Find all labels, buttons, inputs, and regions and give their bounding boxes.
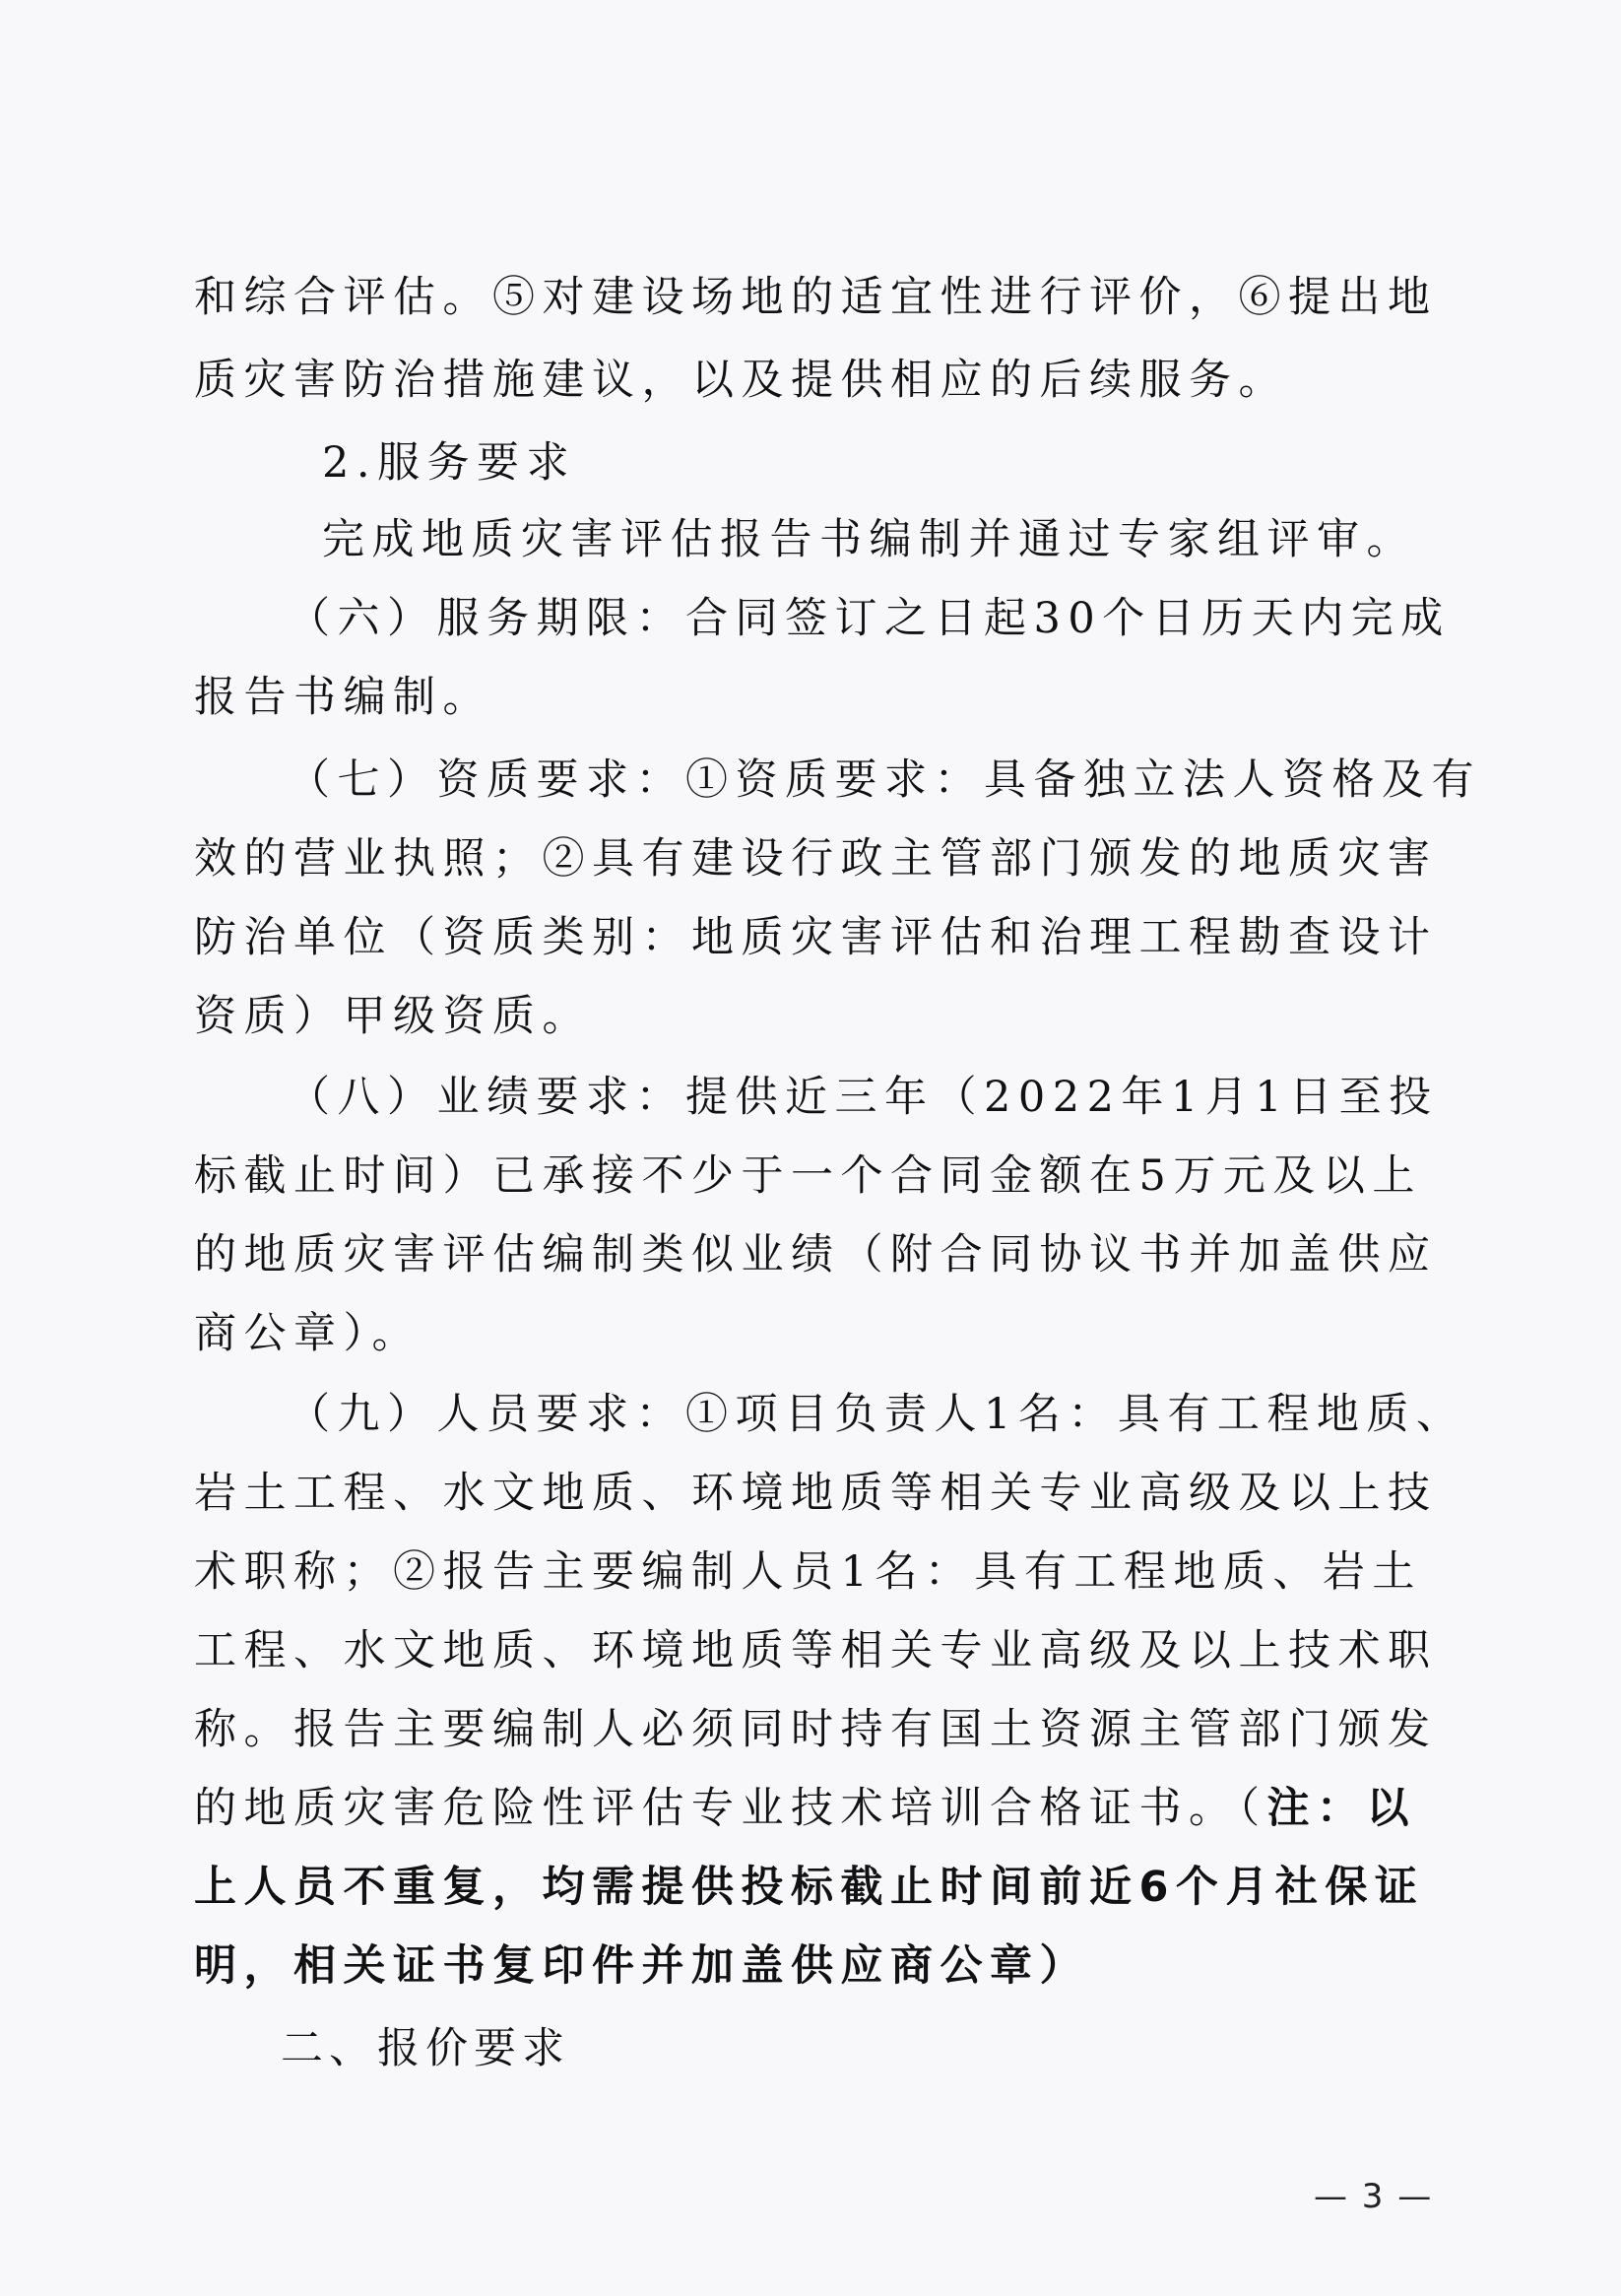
paragraph-line: 的地质灾害危险性评估专业技术培训合格证书。（注：以 (194, 1779, 1416, 1838)
line-text: （六）服务期限：合同签订之日起30个日历天内完成 (288, 594, 1451, 643)
line-text: 报告书编制。 (194, 673, 492, 722)
line-text: （七）资质要求：①资质要求：具备独立法人资格及有 (288, 755, 1481, 805)
line-text: 的地质灾害评估编制类似业绩（附合同协议书并加盖供应 (194, 1230, 1438, 1279)
line-text: 上人员不重复，均需提供投标截止时间前近6个月社保证 (194, 1863, 1424, 1912)
note-label-bold: 注：以 (1267, 1784, 1417, 1833)
paragraph-line: 的地质灾害评估编制类似业绩（附合同协议书并加盖供应 (194, 1225, 1438, 1284)
paragraph-line: 防治单位（资质类别：地质灾害评估和治理工程勘查设计 (194, 908, 1438, 967)
paragraph-line: 效的营业执照；②具有建设行政主管部门颁发的地质灾害 (194, 829, 1438, 888)
line-text: 明，相关证书复印件并加盖供应商公章） (194, 1941, 1089, 1991)
line-text: 2.服务要求 (322, 438, 576, 488)
line-text: 资质）甲级资质。 (194, 992, 592, 1041)
line-text: 完成地质灾害评估报告书编制并通过专家组评审。 (322, 515, 1416, 564)
paragraph-line: 术职称；②报告主要编制人员1名：具有工程地质、岩土 (194, 1542, 1422, 1602)
clause-personnel: （九）人员要求：①项目负责人1名：具有工程地质、 (288, 1385, 1465, 1444)
line-text: （八）业绩要求：提供近三年（2022年1月1日至投 (288, 1073, 1439, 1122)
clause-qualification: （七）资质要求：①资质要求：具备独立法人资格及有 (288, 751, 1481, 810)
heading-text: 二、报价要求 (281, 2024, 570, 2073)
note-line-bold: 上人员不重复，均需提供投标截止时间前近6个月社保证 (194, 1858, 1424, 1917)
clause-performance: （八）业绩要求：提供近三年（2022年1月1日至投 (288, 1068, 1439, 1127)
paragraph-line: 称。报告主要编制人必须同时持有国土资源主管部门颁发 (194, 1700, 1438, 1759)
section-heading-pricing: 二、报价要求 (281, 2019, 570, 2078)
clause-service-period: （六）服务期限：合同签订之日起30个日历天内完成 (288, 589, 1451, 648)
line-text: 称。报告主要编制人必须同时持有国土资源主管部门颁发 (194, 1705, 1438, 1754)
document-page: 和综合评估。⑤对建设场地的适宜性进行评价，⑥提出地 质灾害防治措施建议，以及提供… (0, 0, 1621, 2296)
subsection-title: 2.服务要求 (322, 433, 576, 492)
paragraph-line: 工程、水文地质、环境地质等相关专业高级及以上技术职 (194, 1621, 1438, 1680)
line-text: 标截止时间）已承接不少于一个合同金额在5万元及以上 (194, 1151, 1422, 1201)
line-text: 质灾害防治措施建议，以及提供相应的后续服务。 (194, 356, 1288, 405)
line-text: 和综合评估。⑤对建设场地的适宜性进行评价，⑥提出地 (194, 273, 1438, 322)
paragraph-line: 和综合评估。⑤对建设场地的适宜性进行评价，⑥提出地 (194, 268, 1438, 327)
line-text: （九）人员要求：①项目负责人1名：具有工程地质、 (288, 1390, 1465, 1439)
page-number: — 3 — (1314, 2177, 1433, 2216)
line-text: 术职称；②报告主要编制人员1名：具有工程地质、岩土 (194, 1547, 1422, 1597)
paragraph-line: 商公章）。 (194, 1304, 421, 1363)
paragraph-line: 完成地质灾害评估报告书编制并通过专家组评审。 (322, 510, 1416, 569)
line-text: 岩土工程、水文地质、环境地质等相关专业高级及以上技 (194, 1469, 1438, 1518)
line-text: 效的营业执照；②具有建设行政主管部门颁发的地质灾害 (194, 834, 1438, 884)
paragraph-line: 岩土工程、水文地质、环境地质等相关专业高级及以上技 (194, 1464, 1438, 1523)
line-text: 商公章）。 (194, 1309, 421, 1358)
line-text: 防治单位（资质类别：地质灾害评估和治理工程勘查设计 (194, 913, 1438, 962)
note-line-bold: 明，相关证书复印件并加盖供应商公章） (194, 1936, 1089, 1996)
paragraph-line: 资质）甲级资质。 (194, 987, 592, 1046)
line-text: 工程、水文地质、环境地质等相关专业高级及以上技术职 (194, 1626, 1438, 1675)
line-text: 的地质灾害危险性评估专业技术培训合格证书。（ (194, 1784, 1267, 1833)
paragraph-line: 标截止时间）已承接不少于一个合同金额在5万元及以上 (194, 1147, 1422, 1206)
paragraph-line: 质灾害防治措施建议，以及提供相应的后续服务。 (194, 351, 1288, 410)
paragraph-line: 报告书编制。 (194, 668, 492, 727)
